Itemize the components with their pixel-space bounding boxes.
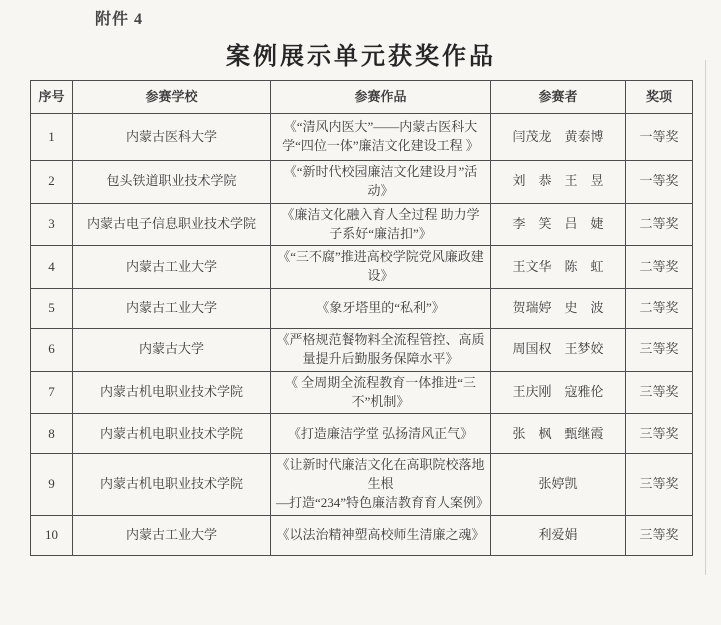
- scanned-document-page: 附件 4 案例展示单元获奖作品 序号 参赛学校 参赛作品 参赛者 奖项 1 内蒙…: [0, 0, 721, 625]
- cell-work: 《“三不腐”推进高校学院党风廉政建设》: [271, 246, 491, 289]
- page-title: 案例展示单元获奖作品: [30, 36, 692, 71]
- cell-no: 5: [31, 289, 73, 329]
- attachment-label: 附件 4: [95, 6, 143, 29]
- cell-participants: 李 笑 吕 婕: [491, 203, 626, 246]
- table-row: 9 内蒙古机电职业技术学院 《让新时代廉洁文化在高职院校落地生根 —打造“234…: [31, 454, 693, 516]
- cell-award: 三等奖: [626, 371, 693, 414]
- cell-school: 内蒙古大学: [73, 329, 271, 372]
- cell-participants: 刘 恭 王 昱: [491, 161, 626, 204]
- cell-work: 《廉洁文化融入育人全过程 助力学子系好“廉洁扣”》: [271, 203, 491, 246]
- cell-no: 1: [31, 114, 73, 161]
- cell-school: 内蒙古机电职业技术学院: [73, 454, 271, 516]
- cell-work: 《打造廉洁学堂 弘扬清风正气》: [271, 414, 491, 454]
- cell-no: 10: [31, 515, 73, 555]
- cell-participants: 贺瑞婷 史 波: [491, 289, 626, 329]
- table-row: 10 内蒙古工业大学 《以法治精神塑高校师生清廉之魂》 利爱娟 三等奖: [31, 515, 693, 555]
- cell-school: 内蒙古机电职业技术学院: [73, 414, 271, 454]
- cell-award: 二等奖: [626, 246, 693, 289]
- cell-participants: 张 枫 甄继霞: [491, 414, 626, 454]
- cell-work: 《象牙塔里的“私利”》: [271, 289, 491, 329]
- cell-award: 一等奖: [626, 114, 693, 161]
- table-header-row: 序号 参赛学校 参赛作品 参赛者 奖项: [31, 81, 693, 114]
- cell-award: 三等奖: [626, 414, 693, 454]
- table-row: 7 内蒙古机电职业技术学院 《 全周期全流程教育一体推进“三不”机制》 王庆刚 …: [31, 371, 693, 414]
- award-table: 序号 参赛学校 参赛作品 参赛者 奖项 1 内蒙古医科大学 《“清风内医大”——…: [30, 80, 693, 556]
- cell-participants: 周国权 王梦姣: [491, 329, 626, 372]
- cell-award: 三等奖: [626, 329, 693, 372]
- table-row: 8 内蒙古机电职业技术学院 《打造廉洁学堂 弘扬清风正气》 张 枫 甄继霞 三等…: [31, 414, 693, 454]
- cell-participants: 利爱娟: [491, 515, 626, 555]
- cell-work: 《“清风内医大”——内蒙古医科大学“四位一体”廉洁文化建设工程 》: [271, 114, 491, 161]
- cell-award: 二等奖: [626, 289, 693, 329]
- table-row: 1 内蒙古医科大学 《“清风内医大”——内蒙古医科大学“四位一体”廉洁文化建设工…: [31, 114, 693, 161]
- cell-school: 内蒙古电子信息职业技术学院: [73, 203, 271, 246]
- header-work: 参赛作品: [271, 81, 491, 114]
- cell-school: 内蒙古机电职业技术学院: [73, 371, 271, 414]
- cell-school: 包头铁道职业技术学院: [73, 161, 271, 204]
- cell-school: 内蒙古工业大学: [73, 515, 271, 555]
- scan-artifact-line: [705, 60, 706, 575]
- cell-school: 内蒙古工业大学: [73, 289, 271, 329]
- cell-award: 三等奖: [626, 454, 693, 516]
- cell-award: 一等奖: [626, 161, 693, 204]
- header-school: 参赛学校: [73, 81, 271, 114]
- cell-no: 3: [31, 203, 73, 246]
- header-participants: 参赛者: [491, 81, 626, 114]
- cell-no: 2: [31, 161, 73, 204]
- cell-no: 8: [31, 414, 73, 454]
- table-row: 4 内蒙古工业大学 《“三不腐”推进高校学院党风廉政建设》 王文华 陈 虹 二等…: [31, 246, 693, 289]
- cell-award: 二等奖: [626, 203, 693, 246]
- cell-work: 《以法治精神塑高校师生清廉之魂》: [271, 515, 491, 555]
- header-award: 奖项: [626, 81, 693, 114]
- cell-no: 7: [31, 371, 73, 414]
- table-row: 5 内蒙古工业大学 《象牙塔里的“私利”》 贺瑞婷 史 波 二等奖: [31, 289, 693, 329]
- cell-participants: 张婷凯: [491, 454, 626, 516]
- header-no: 序号: [31, 81, 73, 114]
- cell-work: 《 全周期全流程教育一体推进“三不”机制》: [271, 371, 491, 414]
- cell-no: 4: [31, 246, 73, 289]
- cell-participants: 闫茂龙 黄泰博: [491, 114, 626, 161]
- cell-participants: 王庆刚 寇雅伦: [491, 371, 626, 414]
- cell-award: 三等奖: [626, 515, 693, 555]
- cell-work: 《让新时代廉洁文化在高职院校落地生根 —打造“234”特色廉洁教育育人案例》: [271, 454, 491, 516]
- cell-participants: 王文华 陈 虹: [491, 246, 626, 289]
- table-row: 2 包头铁道职业技术学院 《“新时代校园廉洁文化建设月”活动》 刘 恭 王 昱 …: [31, 161, 693, 204]
- table-row: 3 内蒙古电子信息职业技术学院 《廉洁文化融入育人全过程 助力学子系好“廉洁扣”…: [31, 203, 693, 246]
- cell-no: 6: [31, 329, 73, 372]
- cell-school: 内蒙古医科大学: [73, 114, 271, 161]
- table-row: 6 内蒙古大学 《严格规范餐物料全流程管控、高质量提升后勤服务保障水平》 周国权…: [31, 329, 693, 372]
- cell-school: 内蒙古工业大学: [73, 246, 271, 289]
- cell-work: 《严格规范餐物料全流程管控、高质量提升后勤服务保障水平》: [271, 329, 491, 372]
- cell-no: 9: [31, 454, 73, 516]
- cell-work: 《“新时代校园廉洁文化建设月”活动》: [271, 161, 491, 204]
